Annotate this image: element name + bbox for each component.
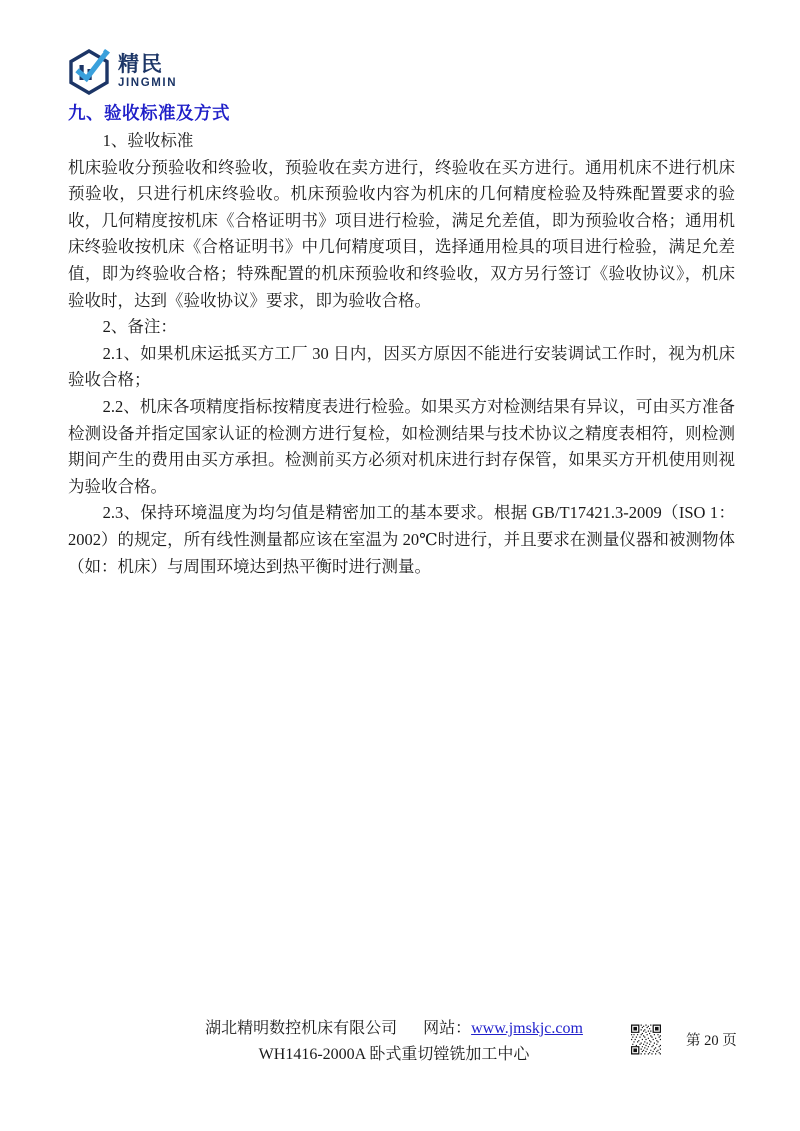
footer-website-label: 网站：: [423, 1020, 471, 1037]
body-paragraph-acceptance: 机床验收分预验收和终验收，预验收在卖方进行，终验收在买方进行。通用机床不进行机床…: [68, 155, 735, 315]
footer-company: 湖北精明数控机床有限公司: [205, 1020, 397, 1037]
document-page: 精民 JINGMIN 九、验收标准及方式 1、验收标准 机床验收分预验收和终验收…: [0, 0, 800, 1131]
brand-name-cn: 精民: [118, 54, 177, 75]
brand-name-en: JINGMIN: [118, 78, 177, 90]
jingmin-hexagon-m-logo-icon: [66, 46, 112, 98]
brand-logo: 精民 JINGMIN: [66, 46, 177, 98]
body-paragraph-remark-2-2: 2.2、机床各项精度指标按精度表进行检验。如果买方对检测结果有异议，可由买方准备…: [68, 394, 735, 500]
section-heading: 九、验收标准及方式: [68, 100, 230, 125]
subsection-heading-remarks: 2、备注：: [68, 314, 735, 341]
website-link[interactable]: www.jmskjc.com: [471, 1020, 583, 1037]
qr-code-icon: [631, 1024, 661, 1055]
footer: 湖北精明数控机床有限公司网站：www.jmskjc.com WH1416-200…: [0, 1016, 788, 1068]
document-body: 1、验收标准 机床验收分预验收和终验收，预验收在卖方进行，终验收在买方进行。通用…: [68, 128, 735, 580]
page-number: 第 20 页: [686, 1029, 737, 1050]
brand-name: 精民 JINGMIN: [118, 54, 177, 90]
footer-product-line: WH1416-2000A 卧式重切镗铣加工中心: [0, 1042, 788, 1068]
footer-company-line: 湖北精明数控机床有限公司网站：www.jmskjc.com: [0, 1016, 788, 1042]
body-paragraph-remark-2-3: 2.3、保持环境温度为均匀值是精密加工的基本要求。根据 GB/T17421.3-…: [68, 500, 735, 580]
body-paragraph-remark-2-1: 2.1、如果机床运抵买方工厂 30 日内，因买方原因不能进行安装调试工作时，视为…: [68, 341, 735, 394]
subsection-heading-acceptance-standard: 1、验收标准: [68, 128, 735, 155]
